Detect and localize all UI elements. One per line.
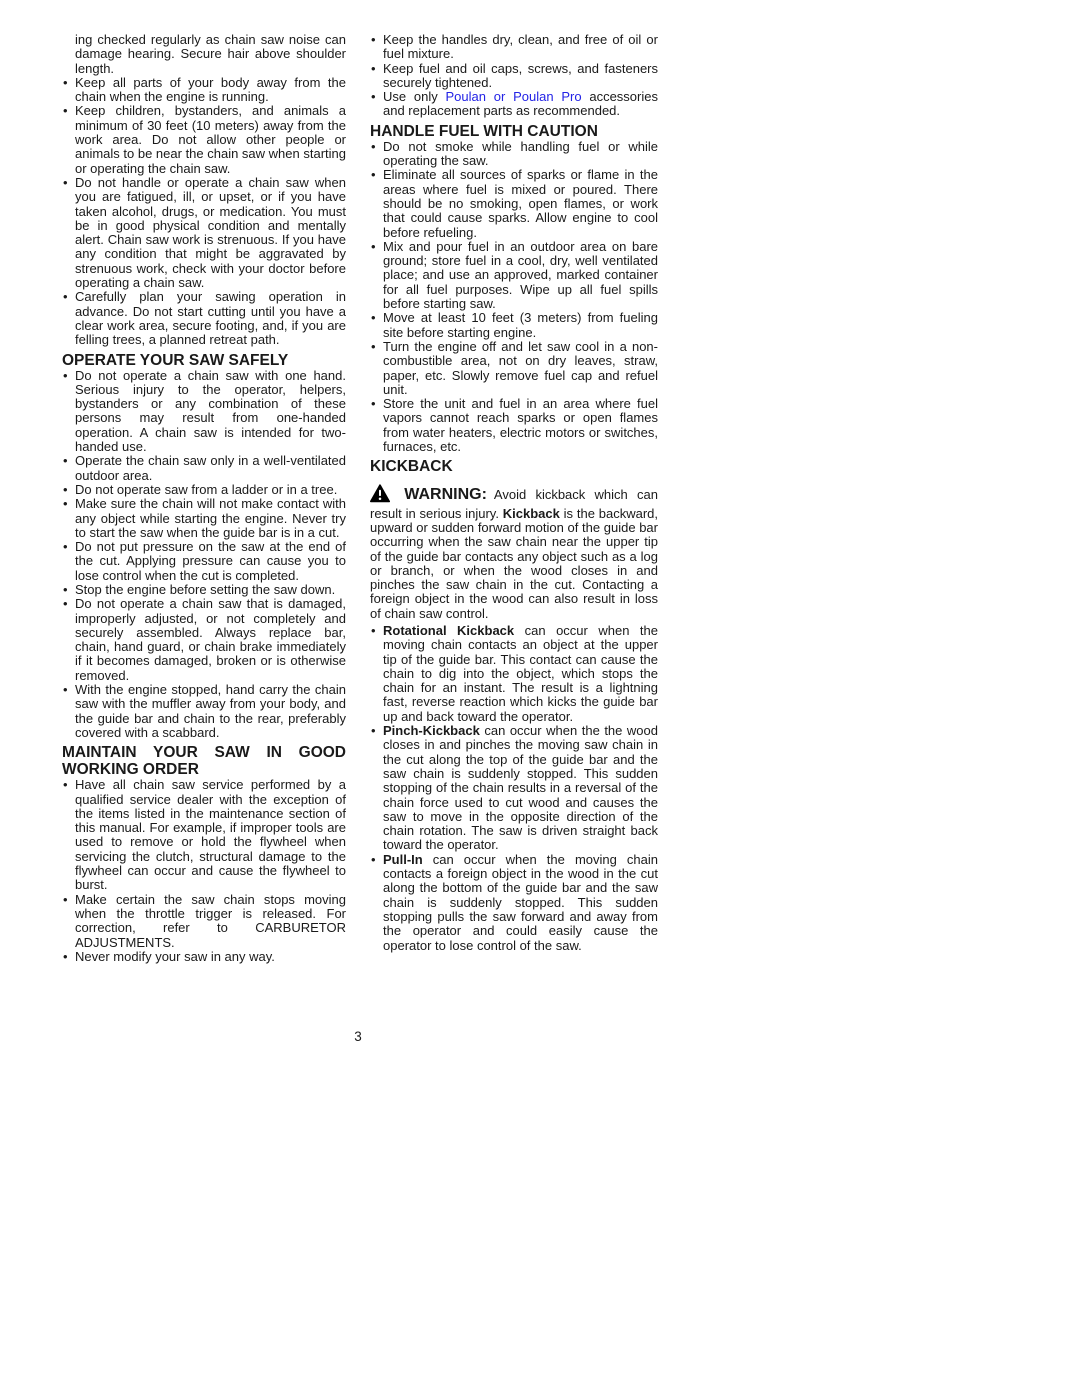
bullet-item: Pinch-Kickback can occur when the the wo…: [370, 724, 658, 853]
section-heading: KICKBACK: [370, 458, 658, 475]
text-segment: Move at least 10 feet (3 meters) from fu…: [383, 310, 658, 339]
text-segment: Pinch-Kickback: [383, 723, 480, 738]
text-segment: MAINTAIN YOUR SAW IN GOOD WORKING ORDER: [62, 744, 346, 778]
text-segment: Make sure the chain will not make contac…: [75, 496, 346, 540]
text-segment: can occur when the moving chain contacts…: [383, 852, 658, 953]
text-segment: ing checked regularly as chain saw noise…: [75, 32, 346, 76]
bullet-item: Have all chain saw service performed by …: [62, 778, 346, 892]
paragraph-continuation: ing checked regularly as chain saw noise…: [62, 33, 346, 76]
bullet-item: Stop the engine before setting the saw d…: [62, 583, 346, 597]
bullet-item: Keep all parts of your body away from th…: [62, 76, 346, 105]
page-content: ing checked regularly as chain saw noise…: [62, 33, 658, 964]
bullet-item: Store the unit and fuel in an area where…: [370, 397, 658, 454]
text-segment: Do not smoke while handling fuel or whil…: [383, 139, 658, 168]
poulan-link[interactable]: Poulan or Poulan Pro: [446, 89, 582, 104]
bullet-item: Keep the handles dry, clean, and free of…: [370, 33, 658, 62]
bullet-item: Do not smoke while handling fuel or whil…: [370, 140, 658, 169]
text-segment: Never modify your saw in any way.: [75, 949, 275, 964]
text-segment: Use only: [383, 89, 446, 104]
page-number: 3: [0, 1029, 716, 1044]
warning-label: WARNING:: [404, 486, 494, 503]
bullet-item: Do not operate a chain saw with one hand…: [62, 369, 346, 455]
bullet-item: With the engine stopped, hand carry the …: [62, 683, 346, 740]
text-segment: Make certain the saw chain stops moving …: [75, 892, 346, 950]
text-segment: Rotational Kickback: [383, 623, 514, 638]
bullet-item: Do not operate a chain saw that is damag…: [62, 597, 346, 683]
warning-triangle-icon: [370, 484, 390, 506]
bullet-item: Eliminate all sources of sparks or flame…: [370, 168, 658, 239]
text-segment: KICKBACK: [370, 458, 453, 475]
text-segment: Do not operate a chain saw with one hand…: [75, 368, 346, 454]
bullet-item: Make certain the saw chain stops moving …: [62, 893, 346, 950]
bullet-item: Move at least 10 feet (3 meters) from fu…: [370, 311, 658, 340]
column-right: Keep the handles dry, clean, and free of…: [370, 33, 658, 964]
bullet-item: Rotational Kickback can occur when the m…: [370, 624, 658, 724]
text-segment: Turn the engine off and let saw cool in …: [383, 339, 658, 397]
bullet-item: Operate the chain saw only in a well-ven…: [62, 454, 346, 483]
bullet-item: Carefully plan your sawing operation in …: [62, 290, 346, 347]
bullet-item: Turn the engine off and let saw cool in …: [370, 340, 658, 397]
bullet-item: Use only Poulan or Poulan Pro accessorie…: [370, 90, 658, 119]
text-segment: Carefully plan your sawing operation in …: [75, 289, 346, 347]
text-segment: Have all chain saw service performed by …: [75, 777, 346, 892]
text-segment: is the backward, upward or sudden forwar…: [370, 506, 658, 621]
text-segment: Keep children, bystanders, and animals a…: [75, 103, 346, 175]
bullet-item: Make sure the chain will not make contac…: [62, 497, 346, 540]
bullet-item: Never modify your saw in any way.: [62, 950, 346, 964]
section-heading: MAINTAIN YOUR SAW IN GOOD WORKING ORDER: [62, 744, 346, 778]
text-segment: Pull-In: [383, 852, 423, 867]
text-segment: Do not operate a chain saw that is damag…: [75, 596, 346, 682]
text-segment: Do not operate saw from a ladder or in a…: [75, 482, 337, 497]
bullet-item: Keep children, bystanders, and animals a…: [62, 104, 346, 175]
text-segment: can occur when the the wood closes in an…: [383, 723, 658, 852]
section-heading: OPERATE YOUR SAW SAFELY: [62, 352, 346, 369]
column-left: ing checked regularly as chain saw noise…: [62, 33, 346, 964]
text-segment: Mix and pour fuel in an outdoor area on …: [383, 239, 658, 311]
text-segment: Kickback: [503, 506, 560, 521]
bullet-item: Do not operate saw from a ladder or in a…: [62, 483, 346, 497]
bullet-item: Do not handle or operate a chain saw whe…: [62, 176, 346, 290]
bullet-item: Keep fuel and oil caps, screws, and fast…: [370, 62, 658, 91]
text-segment: can occur when the moving chain contacts…: [383, 623, 658, 724]
bullet-item: Pull-In can occur when the moving chain …: [370, 853, 658, 953]
text-segment: Store the unit and fuel in an area where…: [383, 396, 658, 454]
text-segment: Stop the engine before setting the saw d…: [75, 582, 335, 597]
section-heading: HANDLE FUEL WITH CAUTION: [370, 123, 658, 140]
text-segment: Keep all parts of your body away from th…: [75, 75, 346, 104]
text-segment: With the engine stopped, hand carry the …: [75, 682, 346, 740]
text-segment: HANDLE FUEL WITH CAUTION: [370, 123, 598, 140]
text-segment: Do not put pressure on the saw at the en…: [75, 539, 346, 583]
bullet-item: Do not put pressure on the saw at the en…: [62, 540, 346, 583]
text-segment: Eliminate all sources of sparks or flame…: [383, 167, 658, 239]
text-segment: Do not handle or operate a chain saw whe…: [75, 175, 346, 290]
text-segment: Keep the handles dry, clean, and free of…: [383, 32, 658, 61]
text-segment: Operate the chain saw only in a well-ven…: [75, 453, 346, 482]
warning-note: WARNING:Avoid kickback which can result …: [370, 484, 658, 621]
text-segment: OPERATE YOUR SAW SAFELY: [62, 352, 288, 369]
document-page: ing checked regularly as chain saw noise…: [0, 0, 1080, 1397]
bullet-item: Mix and pour fuel in an outdoor area on …: [370, 240, 658, 311]
text-segment: Keep fuel and oil caps, screws, and fast…: [383, 61, 658, 90]
